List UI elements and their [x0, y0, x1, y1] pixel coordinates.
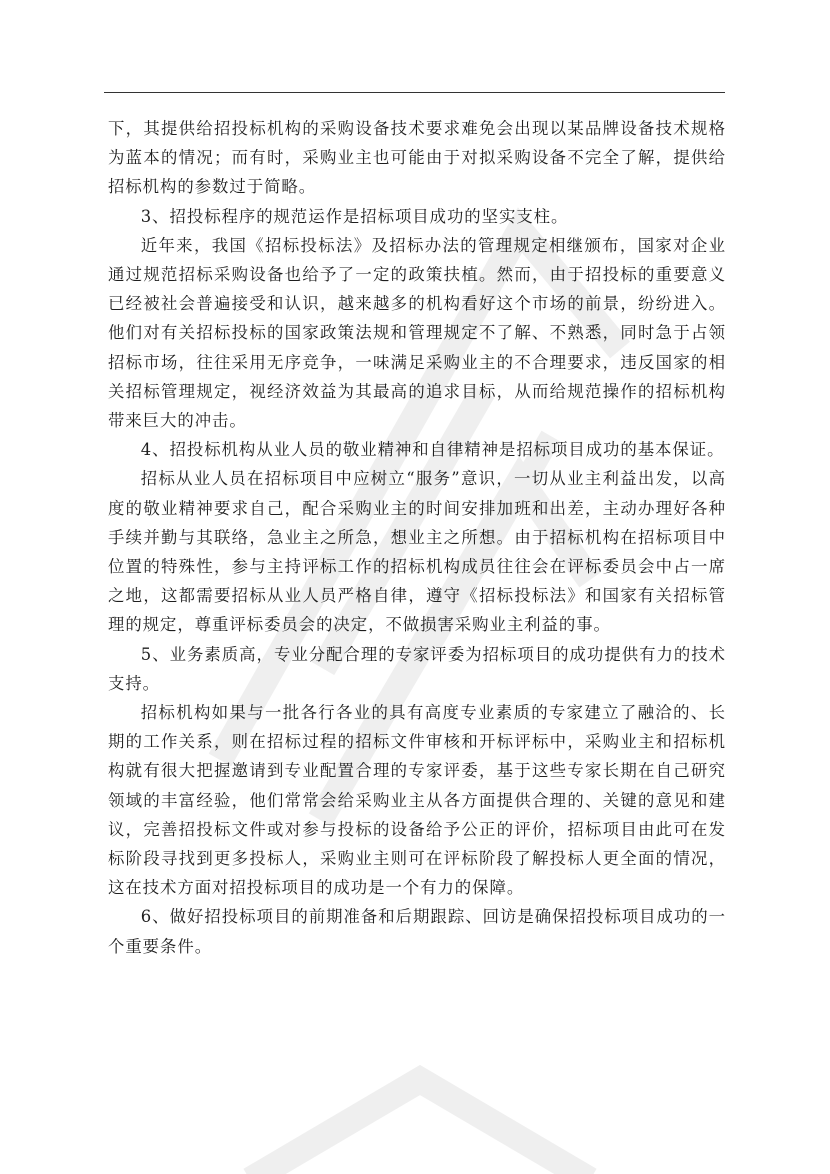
- header-rule: [104, 92, 725, 93]
- section-heading-4: 4、招投标机构从业人员的敬业精神和自律精神是招标项目成功的基本保证。: [108, 435, 726, 464]
- paragraph-section-3-body: 近年来，我国《招标投标法》及招标办法的管理规定相继颁布，国家对企业通过规范招标采…: [108, 231, 726, 435]
- section-heading-3: 3、招投标程序的规范运作是招标项目成功的坚实支柱。: [108, 202, 726, 231]
- paragraph-section-4-body: 招标从业人员在招标项目中应树立“服务”意识，一切从业主利益出发，以高度的敬业精神…: [108, 464, 726, 639]
- document-body: 下，其提供给招投标机构的采购设备技术要求难免会出现以某品牌设备技术规格为蓝本的情…: [108, 114, 726, 961]
- section-heading-6: 6、做好招投标项目的前期准备和后期跟踪、回访是确保招投标项目成功的一个重要条件。: [108, 902, 726, 960]
- section-heading-5: 5、业务素质高，专业分配合理的专家评委为招标项目的成功提供有力的技术支持。: [108, 640, 726, 698]
- paragraph-continuation: 下，其提供给招投标机构的采购设备技术要求难免会出现以某品牌设备技术规格为蓝本的情…: [108, 114, 726, 202]
- paragraph-section-5-body: 招标机构如果与一批各行各业的具有高度专业素质的专家建立了融洽的、长期的工作关系，…: [108, 698, 726, 902]
